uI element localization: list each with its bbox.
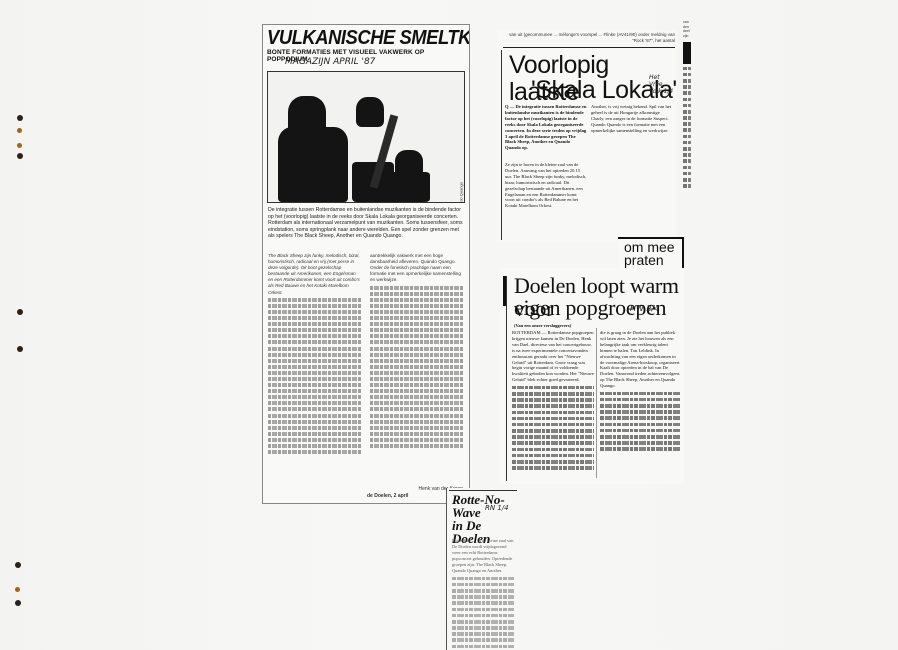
band-photo: Quando Quango bbox=[267, 71, 465, 203]
article-body: Rotterdam — In de kleine zaal van De Doe… bbox=[452, 538, 514, 650]
article-column-1: ROTTERDAM — Rotterdamse popgroepen krijg… bbox=[512, 330, 594, 472]
article-column-2: Another, is vrij weinig bekend. Spil van… bbox=[591, 104, 673, 134]
clipping-vulkanische-smeltkroes: VULKANISCHE SMELTKROES BONTE FORMATIES M… bbox=[262, 24, 470, 504]
column-text: ROTTERDAM — Rotterdamse popgroepen krijg… bbox=[512, 330, 594, 383]
right-edge-fragment: van den deel zijn bbox=[683, 20, 695, 240]
column-rule bbox=[506, 276, 507, 481]
punch-hole bbox=[17, 143, 22, 148]
article-lede: Q — De integratie tussen Rotterdamse en … bbox=[505, 104, 587, 151]
column-divider bbox=[596, 328, 597, 478]
punch-hole bbox=[17, 128, 22, 133]
lede-text: Q — De integratie tussen Rotterdamse en … bbox=[505, 104, 587, 151]
punch-hole bbox=[15, 587, 20, 592]
column-text: die is graag in de Doelen aan het publie… bbox=[600, 330, 680, 389]
musician-figure bbox=[278, 127, 348, 202]
black-bar bbox=[683, 42, 691, 64]
column-text: Ze zijn te horen in de kleine zaal van d… bbox=[505, 162, 587, 209]
column-text: aantrekkelijk vakwerk met een hoge dansb… bbox=[370, 253, 461, 282]
punch-hole bbox=[17, 309, 23, 315]
article-column-1: The Black Sheep zijn funky, melodisch, b… bbox=[268, 253, 362, 485]
clipping-rotte-no-wave: Rotte-No- Wave in De Doelen RN 1/4 Rotte… bbox=[446, 488, 519, 650]
fragment-text: van den deel zijn bbox=[683, 20, 695, 38]
punch-hole bbox=[17, 115, 23, 121]
body-text: Rotterdam — In de kleine zaal van De Doe… bbox=[452, 538, 514, 574]
musician-figure bbox=[356, 97, 384, 127]
headline-rule bbox=[503, 47, 675, 48]
musician-figure bbox=[386, 172, 430, 202]
column-rule bbox=[501, 50, 502, 240]
source-line: (Van een onzer verslaggevers) bbox=[514, 323, 571, 328]
handwritten-note: MAGAZIJN APRIL '87 bbox=[285, 57, 375, 67]
handwritten-note: Het Vrije Volk 1/4 bbox=[649, 74, 675, 95]
scrapbook-page: VULKANISCHE SMELTKROES BONTE FORMATIES M… bbox=[0, 0, 898, 650]
article-lede: De integratie tussen Rotterdamse en buit… bbox=[268, 207, 464, 240]
top-fragment: van uit (gecommunee ... mélonge's voorsp… bbox=[503, 32, 675, 43]
clipping-headline: VULKANISCHE SMELTKROES bbox=[267, 27, 449, 49]
continued-headline: om mee praten bbox=[618, 239, 682, 267]
column-text: The Black Sheep zijn funky, melodisch, b… bbox=[268, 253, 360, 295]
handwritten-note: HW 2/4 bbox=[630, 304, 659, 313]
punch-hole bbox=[17, 346, 23, 352]
punch-hole bbox=[17, 153, 23, 159]
top-rule bbox=[449, 490, 517, 491]
column-text: Another, is vrij weinig bekend. Spil van… bbox=[591, 104, 673, 134]
punch-hole bbox=[15, 600, 21, 606]
article-column-2: die is graag in de Doelen aan het publie… bbox=[600, 330, 680, 454]
clipping-doelen-loopt-warm: Doelen loopt warm voor eigen popgroepen … bbox=[500, 268, 684, 484]
handwritten-note: RN 1/4 bbox=[485, 504, 509, 512]
dateline: de Doelen, 2 april bbox=[367, 493, 408, 499]
clipping-voorlopig-laatste: van uit (gecommunee ... mélonge's voorsp… bbox=[497, 30, 677, 242]
article-column-2: aantrekkelijk vakwerk met een hoge dansb… bbox=[370, 253, 464, 485]
article-columns: The Black Sheep zijn funky, melodisch, b… bbox=[268, 253, 464, 485]
punch-hole bbox=[15, 562, 21, 568]
continued-headline-box: om mee praten bbox=[618, 237, 684, 269]
article-column-1: Ze zijn te horen in de kleine zaal van d… bbox=[505, 162, 587, 209]
photo-credit: Quando Quango bbox=[459, 182, 464, 203]
